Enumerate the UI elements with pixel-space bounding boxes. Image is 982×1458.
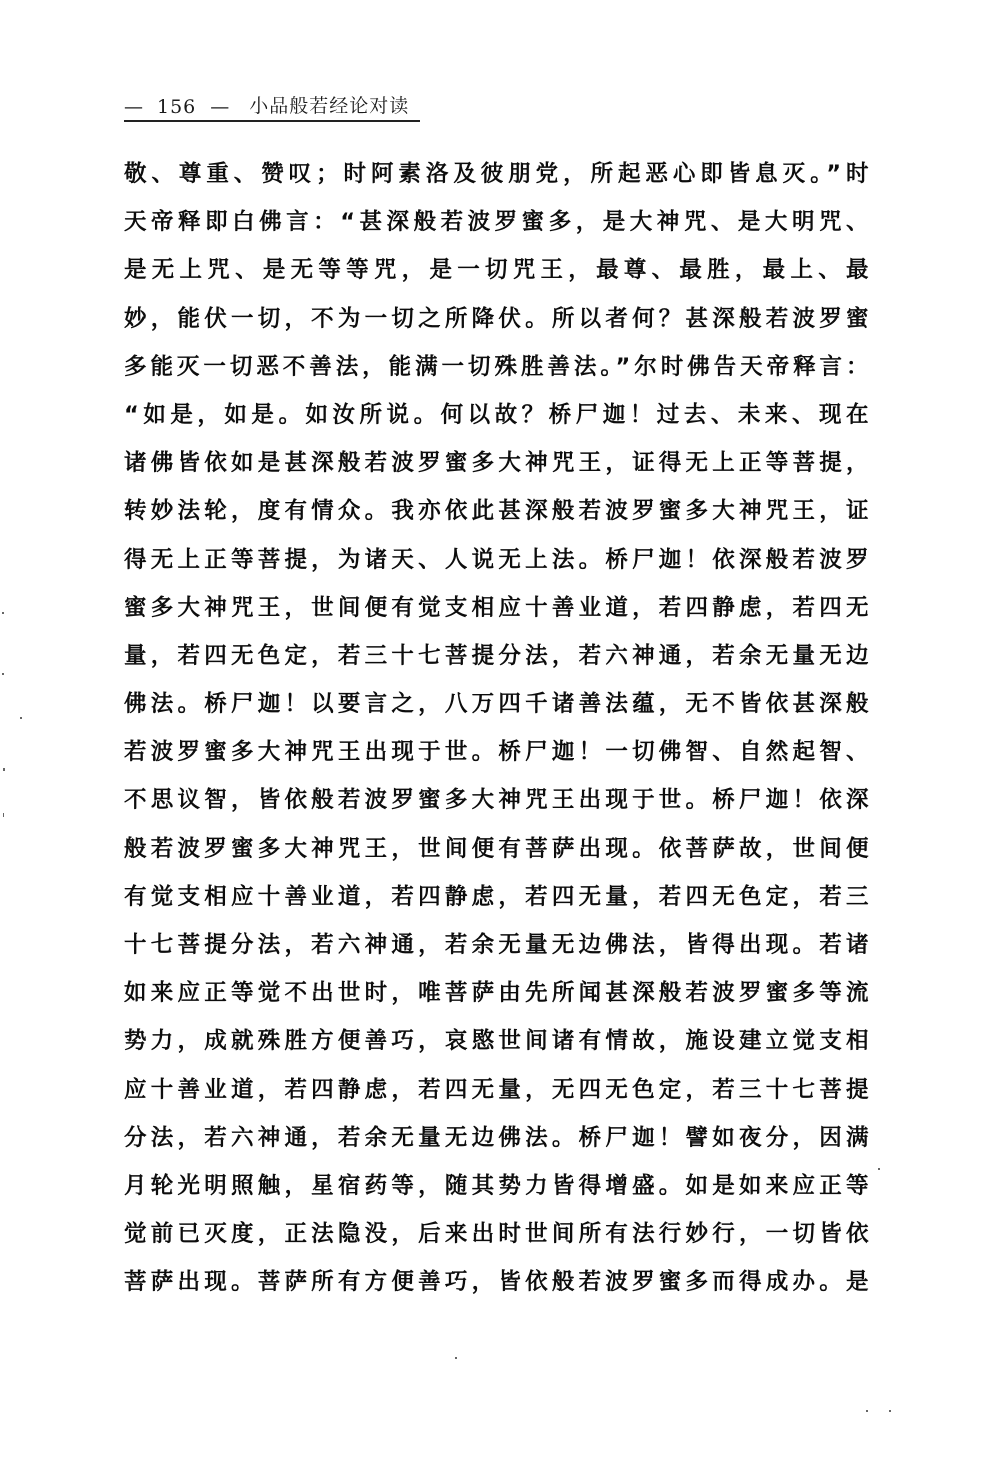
text-line: 天帝释即白佛言：“甚深般若波罗蜜多，是大神咒、是大明咒、 (124, 198, 869, 246)
text-line: 诸佛皆依如是甚深般若波罗蜜多大神咒王，证得无上正等菩提， (124, 439, 869, 487)
header-dash-right: — (210, 96, 229, 118)
text-line: “如是，如是。如汝所说。何以故？桥尸迦！过去、未来、现在 (124, 391, 869, 439)
scan-speck (455, 1357, 457, 1359)
body-text: 敬、尊重、赞叹；时阿素洛及彼朋党，所起恶心即皆息灭。”时 天帝释即白佛言：“甚深… (124, 150, 869, 1307)
text-line: 势力，成就殊胜方便善巧，哀愍世间诸有情故，施设建立觉支相 (124, 1017, 869, 1065)
page-number: 156 (157, 96, 196, 118)
running-header: — 156 — 小品般若经论对读 (124, 92, 420, 122)
text-line: 十七菩提分法，若六神通，若余无量无边佛法，皆得出现。若诸 (124, 921, 869, 969)
text-line: 有觉支相应十善业道，若四静虑，若四无量，若四无色定，若三 (124, 873, 869, 921)
text-line: 应十善业道，若四静虑，若四无量，无四无色定，若三十七菩提 (124, 1066, 869, 1114)
scan-speck (2, 673, 4, 675)
text-line: 不思议智，皆依般若波罗蜜多大神咒王出现于世。桥尸迦！依深 (124, 776, 869, 824)
text-line: 妙，能伏一切，不为一切之所降伏。所以者何？甚深般若波罗蜜 (124, 295, 869, 343)
scan-speck (866, 1410, 868, 1412)
scan-speck (889, 1410, 891, 1412)
text-line: 月轮光明照触，星宿药等，随其势力皆得增盛。如是如来应正等 (124, 1162, 869, 1210)
scan-speck (878, 1168, 880, 1170)
text-line: 佛法。桥尸迦！以要言之，八万四千诸善法蕴，无不皆依甚深般 (124, 680, 869, 728)
scan-speck (3, 813, 4, 817)
text-line: 量，若四无色定，若三十七菩提分法，若六神通，若余无量无边 (124, 632, 869, 680)
text-line: 是无上咒、是无等等咒，是一切咒王，最尊、最胜，最上、最 (124, 246, 869, 294)
text-line: 若波罗蜜多大神咒王出现于世。桥尸迦！一切佛智、自然起智、 (124, 728, 869, 776)
text-line: 如来应正等觉不出世时，唯菩萨由先所闻甚深般若波罗蜜多等流 (124, 969, 869, 1017)
scan-speck (2, 612, 4, 614)
text-line: 蜜多大神咒王，世间便有觉支相应十善业道，若四静虑，若四无 (124, 584, 869, 632)
text-line: 般若波罗蜜多大神咒王，世间便有菩萨出现。依菩萨故，世间便 (124, 825, 869, 873)
book-title: 小品般若经论对读 (249, 91, 409, 118)
header-dash-left: — (124, 96, 143, 118)
scan-speck (20, 717, 22, 719)
text-line: 得无上正等菩提，为诸天、人说无上法。桥尸迦！依深般若波罗 (124, 536, 869, 584)
text-line: 转妙法轮，度有情众。我亦依此甚深般若波罗蜜多大神咒王，证 (124, 487, 869, 535)
text-line: 多能灭一切恶不善法，能满一切殊胜善法。”尔时佛告天帝释言： (124, 343, 869, 391)
text-line: 敬、尊重、赞叹；时阿素洛及彼朋党，所起恶心即皆息灭。”时 (124, 150, 869, 198)
text-line: 菩萨出现。菩萨所有方便善巧，皆依般若波罗蜜多而得成办。是 (124, 1258, 869, 1306)
text-line: 分法，若六神通，若余无量无边佛法。桥尸迦！譬如夜分，因满 (124, 1114, 869, 1162)
text-line: 觉前已灭度，正法隐没，后来出时世间所有法行妙行，一切皆依 (124, 1210, 869, 1258)
scan-speck (3, 768, 5, 771)
